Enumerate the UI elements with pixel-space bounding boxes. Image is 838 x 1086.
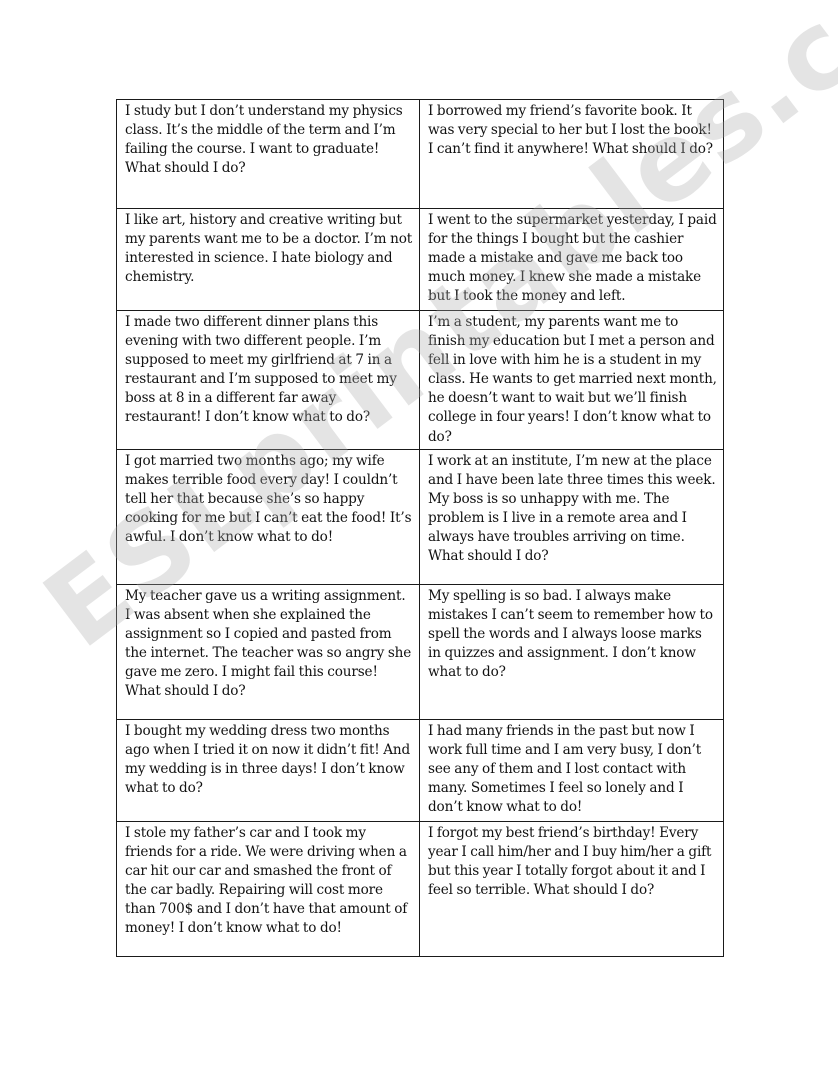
problem-card: I study but I don’t understand my physic…: [117, 100, 420, 209]
problem-card: I bought my wedding dress two months ago…: [117, 719, 420, 821]
table-row: I study but I don’t understand my physic…: [117, 100, 724, 209]
problem-card: I work at an institute, I’m new at the p…: [420, 449, 724, 584]
table-row: I made two different dinner plans this e…: [117, 311, 724, 450]
table-row: I bought my wedding dress two months ago…: [117, 719, 724, 821]
worksheet-page: I study but I don’t understand my physic…: [0, 0, 838, 1086]
problem-card: I like art, history and creative writing…: [117, 209, 420, 311]
problem-card: I got married two months ago; my wife ma…: [117, 449, 420, 584]
problem-card: I forgot my best friend’s birthday! Ever…: [420, 821, 724, 956]
problem-card: I had many friends in the past but now I…: [420, 719, 724, 821]
table-row: I got married two months ago; my wife ma…: [117, 449, 724, 584]
problem-card: I went to the supermarket yesterday, I p…: [420, 209, 724, 311]
table-row: I like art, history and creative writing…: [117, 209, 724, 311]
table-row: I stole my father’s car and I took my fr…: [117, 821, 724, 956]
problem-cards-table: I study but I don’t understand my physic…: [116, 99, 724, 957]
problem-card: I stole my father’s car and I took my fr…: [117, 821, 420, 956]
table-row: My teacher gave us a writing assignment.…: [117, 584, 724, 719]
problem-card: I borrowed my friend’s favorite book. It…: [420, 100, 724, 209]
problem-card: I’m a student, my parents want me to fin…: [420, 311, 724, 450]
problem-card: I made two different dinner plans this e…: [117, 311, 420, 450]
problem-card: My spelling is so bad. I always make mis…: [420, 584, 724, 719]
problem-card: My teacher gave us a writing assignment.…: [117, 584, 420, 719]
